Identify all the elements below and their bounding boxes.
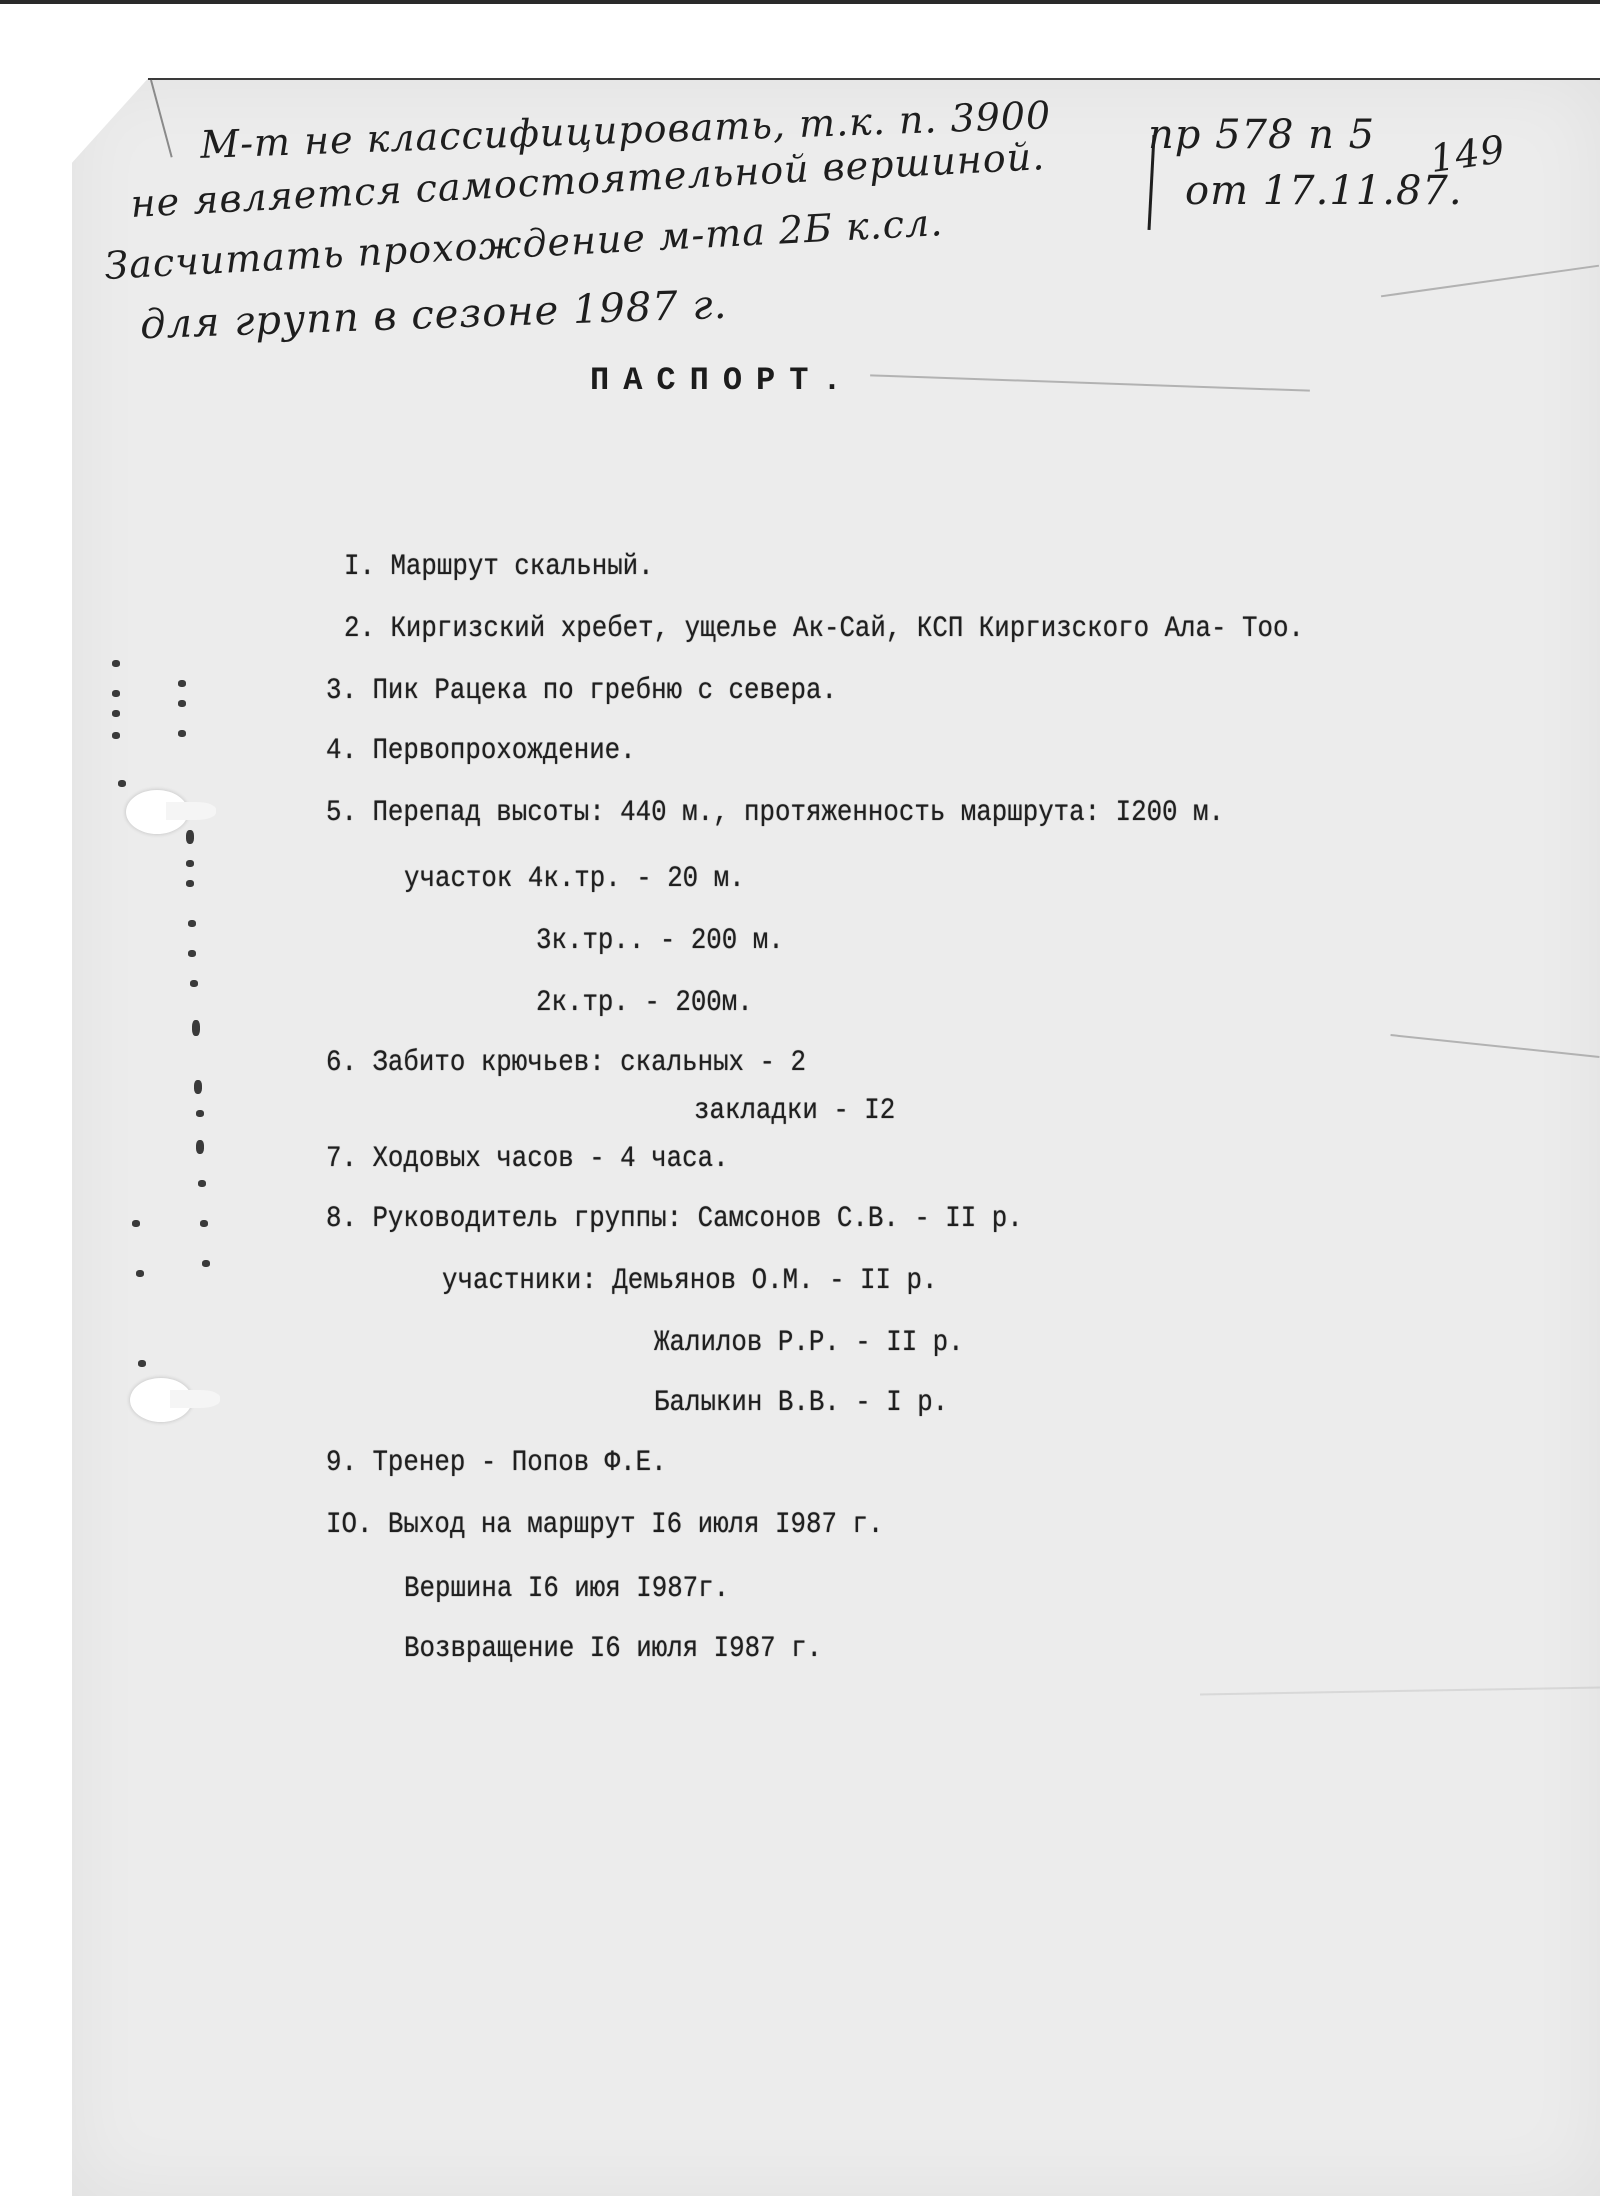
passport-item-chocks: закладки - I2 (694, 1094, 895, 1128)
passport-item-first-ascent: 4. Первопрохождение. (326, 734, 636, 768)
passport-item-departure: IO. Выход на маршрут I6 июля I987 г. (326, 1508, 883, 1542)
order-reference: пр 578 п 5 (1148, 112, 1375, 158)
scan-border (0, 0, 1600, 4)
passport-item-pitons: 6. Забито крючьев: скальных - 2 (326, 1046, 806, 1080)
sheet-top-edge (148, 78, 1600, 80)
passport-item-elevation: 5. Перепад высоты: 440 м., протяженность… (326, 796, 1224, 830)
passport-participant: участники: Демьянов О.М. - II р. (442, 1264, 937, 1298)
passport-item-coach: 9. Тренер - Попов Ф.Е. (326, 1446, 667, 1480)
passport-section-3: 3к.тр.. - 200 м. (536, 924, 784, 958)
passport-section-2: 2к.тр. - 200м. (536, 986, 753, 1020)
passport-section-4: участок 4к.тр. - 20 м. (404, 862, 745, 896)
binding-hole (126, 790, 188, 834)
passport-item-region: 2. Киргизский хребет, ущелье Ак-Сай, КСП… (344, 612, 1304, 646)
passport-item-summit: Вершина I6 июя I987г. (404, 1572, 729, 1606)
binding-hole (130, 1378, 192, 1422)
passport-participant: Балыкин В.В. - I р. (654, 1386, 948, 1420)
passport-participant: Жалилов Р.Р. - II р. (654, 1326, 964, 1360)
passport-item-return: Возвращение I6 июля I987 г. (404, 1632, 822, 1666)
passport-item-peak: 3. Пик Рацека по гребню с севера. (326, 674, 837, 708)
order-date: от 17.11.87. (1185, 168, 1463, 214)
passport-item-route-type: I. Маршрут скальный. (344, 550, 654, 584)
document-title: ПАСПОРТ. (590, 362, 856, 399)
passport-item-leader: 8. Руководитель группы: Самсонов С.В. - … (326, 1202, 1023, 1236)
passport-item-hours: 7. Ходовых часов - 4 часа. (326, 1142, 729, 1176)
